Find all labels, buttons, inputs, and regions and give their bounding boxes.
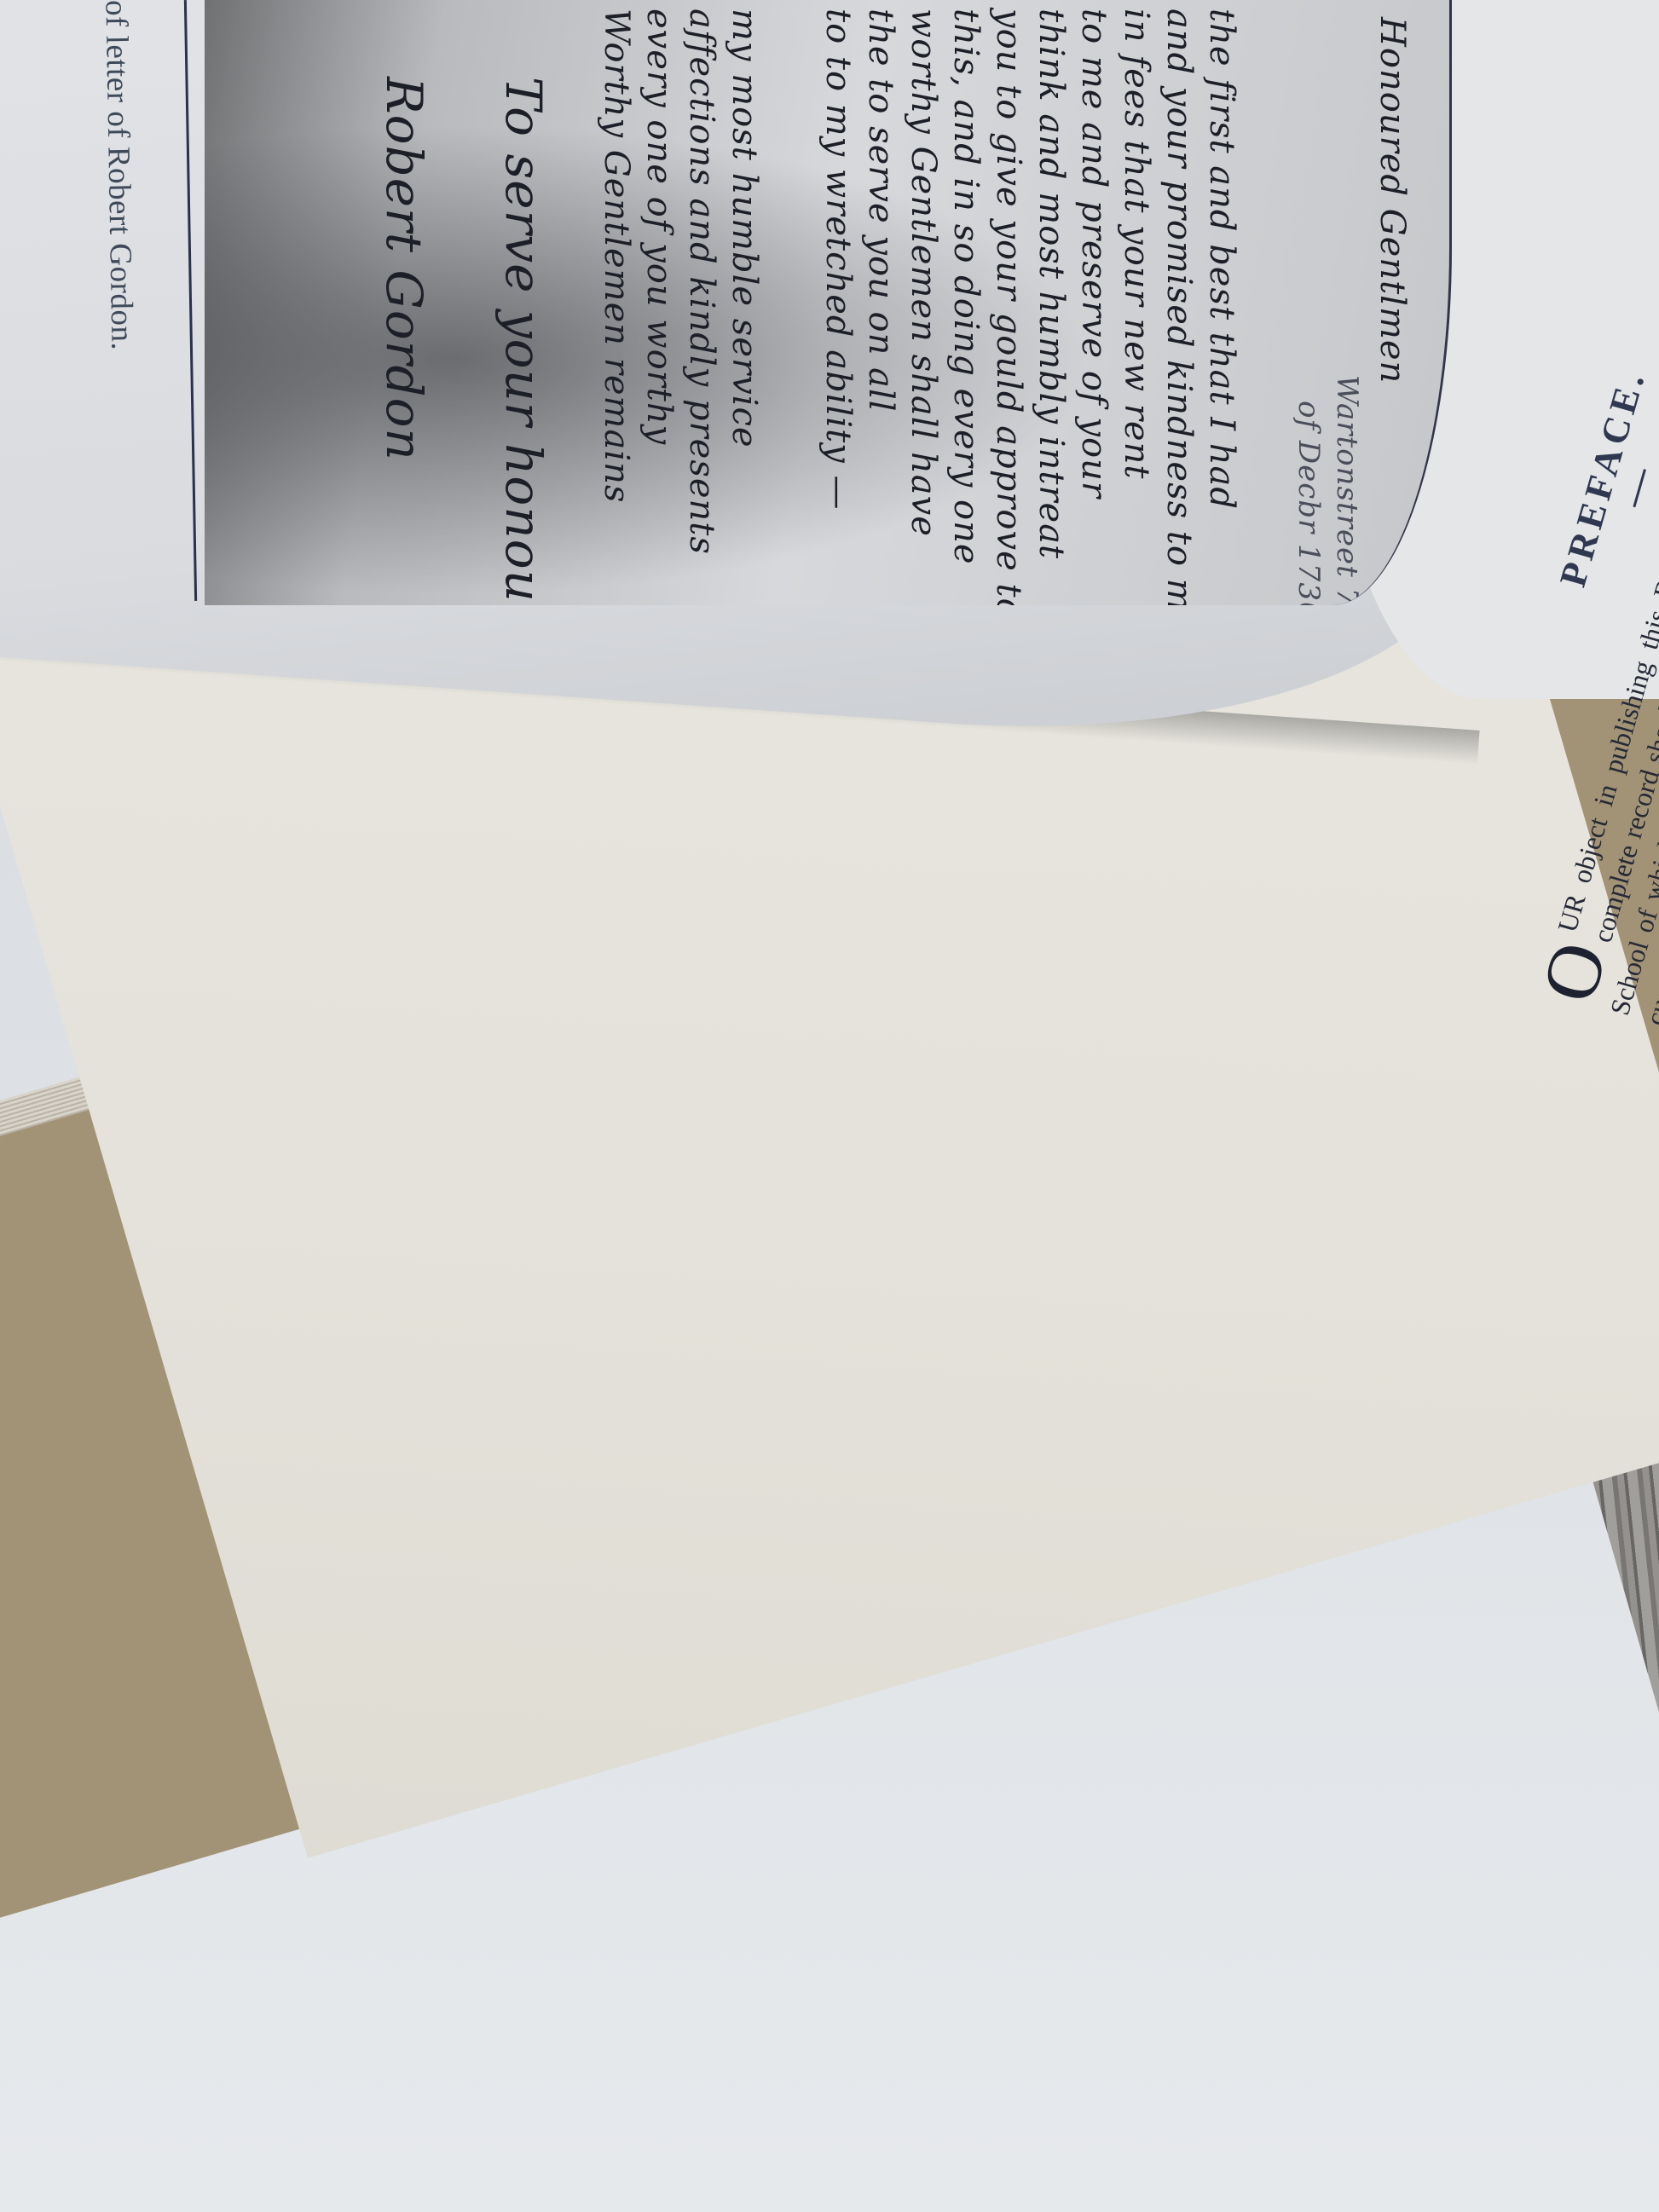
letter-line: worthy Gentlemen shall have: [904, 9, 943, 537]
letter-line: the to serve you on all: [861, 9, 900, 413]
letter-line: Honoured Gentlmen: [1373, 17, 1412, 384]
letter-line: of Decbr 1730: [1292, 401, 1326, 605]
letter-line: Wartonstreet 7th: [1330, 375, 1364, 605]
letter-line: to to my wretched ability —: [818, 9, 858, 510]
letter-line: the first and best that I had: [1202, 9, 1241, 510]
letter-signature: Robert Gordon: [375, 77, 433, 461]
letter-closing: To serve your honours: [494, 77, 552, 605]
letter-line: Worthy Gentlemen remains: [597, 9, 636, 503]
letter-line: to me and preserve of your: [1074, 9, 1113, 499]
letter-line: affections and kindly presents: [682, 9, 721, 555]
letter-line: every one of you worthy: [639, 9, 679, 445]
letter-line: you to give your gould approve to: [989, 9, 1028, 605]
letter-line: this, and in so doing every one: [946, 9, 986, 565]
title-rule: [1633, 469, 1646, 507]
letter-facsimile-image: Honoured Gentlmen Wartonstreet 7th of De…: [205, 0, 1452, 605]
handwritten-letter: Honoured Gentlmen Wartonstreet 7th of De…: [239, 9, 1432, 588]
figure-caption: of letter of Robert Gordon.: [97, 0, 140, 351]
letter-line: think and most humbly intreat: [1032, 9, 1071, 559]
letter-line: in fees that your new rent: [1117, 9, 1156, 479]
letter-line: my most humble service: [725, 9, 764, 448]
letter-line: and your promised kindness to me: [1159, 9, 1199, 605]
